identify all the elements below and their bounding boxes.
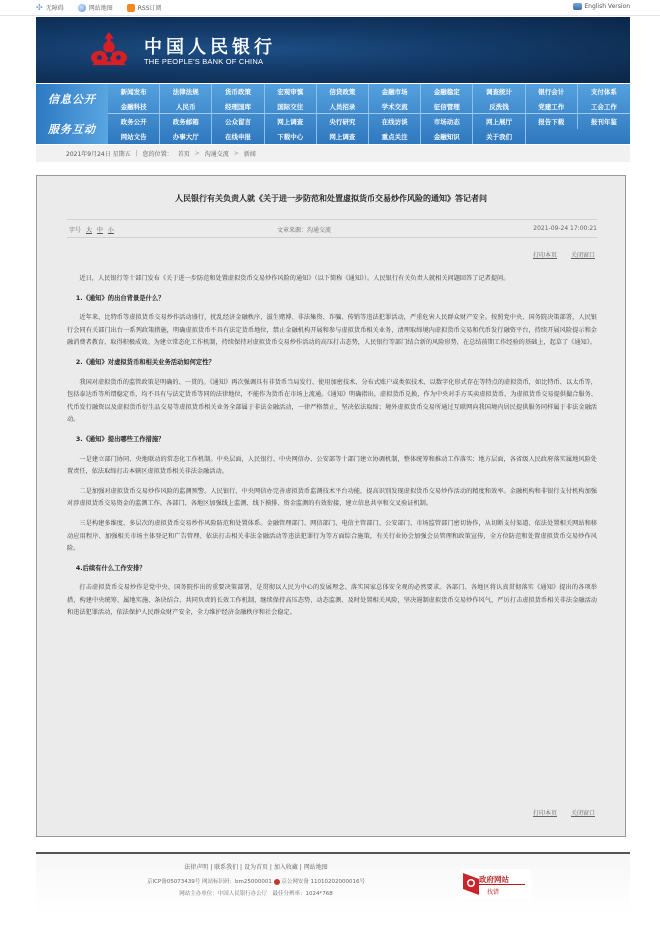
nav-item[interactable]: 新闻发布 <box>108 84 160 99</box>
footer-link-sitemap[interactable]: 网站地图 <box>304 864 328 871</box>
divider: | <box>136 150 138 157</box>
nav-item[interactable]: 公众留言 <box>212 114 264 129</box>
location-label: 您的位置： <box>143 149 173 158</box>
nav-item[interactable]: 学术交流 <box>369 99 421 114</box>
magnifier-icon <box>463 873 479 895</box>
breadcrumb-communication[interactable]: 沟通交流 <box>205 149 229 158</box>
footer-link-contact[interactable]: 联系我们 <box>214 864 238 871</box>
police-record: 京公网安备 11010202000016号 <box>281 879 365 885</box>
article-source: 文章来源：沟通交流 <box>277 225 331 234</box>
host-unit: 网站主办单位：中国人民银行办公厅 <box>179 891 267 897</box>
nav-item[interactable]: 关于我们 <box>473 129 525 144</box>
footer-link-set-home[interactable]: 设为首页 <box>244 864 268 871</box>
article-panel: 人民银行有关负责人就《关于进一步防范和处置虚拟货币交易炒作风险的通知》答记者问 … <box>36 175 626 837</box>
accessibility-link[interactable]: ✣ 无障碍 <box>36 3 64 12</box>
nav-item[interactable]: 工会工作 <box>578 99 630 114</box>
nav-item[interactable]: 法律法规 <box>160 84 212 99</box>
nav-item[interactable]: 网上展厅 <box>473 114 525 129</box>
english-version-label: English Version <box>584 3 630 10</box>
nav-item[interactable]: 报告下载 <box>526 114 578 129</box>
footer-host-info: 网站主办单位：中国人民银行办公厅 最佳分辨率：1024*768 <box>36 889 476 897</box>
close-window-link[interactable]: 关闭窗口 <box>571 250 595 259</box>
sitemap-icon <box>78 4 86 12</box>
nav-section-info-disclosure: 信息公开 <box>36 84 108 115</box>
english-version-link[interactable]: English Version <box>573 3 630 10</box>
nav-item[interactable]: 在线申报 <box>212 129 264 144</box>
font-size-label: 字号 <box>69 227 81 234</box>
article-actions-bottom: 打印本页 关闭窗口 <box>533 808 595 817</box>
nav-item-empty <box>578 129 630 144</box>
bank-name-en: THE PEOPLE'S BANK OF CHINA <box>144 57 263 66</box>
article-title: 人民银行有关负责人就《关于进一步防范和处置虚拟货币交易炒作风险的通知》答记者问 <box>37 193 625 204</box>
breadcrumb-home[interactable]: 首页 <box>178 149 190 158</box>
nav-item[interactable]: 货币政策 <box>212 84 264 99</box>
gov-badge-underline <box>479 884 525 885</box>
answer-paragraph: 近年来，比特币等虚拟货币交易炒作活动盛行，扰乱经济金融秩序，滋生赌博、非法集资、… <box>67 312 597 350</box>
pboc-logo-icon <box>90 31 128 67</box>
nav-item[interactable]: 党建工作 <box>526 99 578 114</box>
nav-item[interactable]: 宏观审慎 <box>265 84 317 99</box>
article-body: 近日，人民银行等十部门发布《关于进一步防范和处置虚拟货币交易炒作风险的通知》（以… <box>67 273 597 627</box>
font-size-small[interactable]: 小 <box>108 227 114 234</box>
nav-item[interactable]: 经理国库 <box>212 99 264 114</box>
footer-registration: 京ICP备05073439号 网站标识码：bm25000001 京公网安备 11… <box>36 877 476 885</box>
top-utility-bar: ✣ 无障碍 网站地图 RSS订阅 English Version <box>0 0 660 16</box>
nav-item[interactable]: 金融知识 <box>421 129 473 144</box>
footer-links: 法律声明 | 联系我们 | 设为首页 | 加入收藏 | 网站地图 <box>36 862 476 871</box>
breadcrumb-separator: > <box>234 150 239 157</box>
nav-item[interactable]: 网上调查 <box>317 129 369 144</box>
print-link[interactable]: 打印本页 <box>533 808 557 817</box>
answer-paragraph: 打击虚拟货币交易炒作是党中央、国务院作出的重要决策部署，是贯彻以人民为中心的发展… <box>67 582 597 620</box>
nav-item[interactable]: 下载中心 <box>265 129 317 144</box>
intro-paragraph: 近日，人民银行等十部门发布《关于进一步防范和处置虚拟货币交易炒作风险的通知》（以… <box>67 273 597 286</box>
answer-paragraph: 一是建立部门协同、央地联动的常态化工作机制。中央层面，人民银行、中央网信办、公安… <box>67 454 597 479</box>
accessibility-icon: ✣ <box>36 4 43 12</box>
nav-item[interactable]: 反洗钱 <box>473 99 525 114</box>
rss-label: RSS订阅 <box>138 3 162 12</box>
article-datetime: 2021-09-24 17:00:21 <box>533 225 597 232</box>
question-heading: 2.《通知》对虚拟货币和相关业务活动如何定性？ <box>67 357 597 370</box>
nav-item[interactable]: 调查统计 <box>473 84 525 99</box>
footer-link-legal[interactable]: 法律声明 <box>184 864 208 871</box>
accessibility-label: 无障碍 <box>46 3 64 12</box>
current-date: 2021年9月24日 星期五 <box>66 149 131 158</box>
site-id: 网站标识码：bm25000001 <box>202 879 272 885</box>
nav-grid: 新闻发布 法律法规 货币政策 宏观审慎 信贷政策 金融市场 金融稳定 调查统计 … <box>108 84 630 144</box>
answer-paragraph: 二是加强对虚拟货币交易炒作风险的监测预警。人民银行、中央网信办完善虚拟货币监测技… <box>67 486 597 511</box>
article-meta: 字号 大 中 小 文章来源：沟通交流 2021-09-24 17:00:21 <box>67 219 597 238</box>
nav-item[interactable]: 国际交往 <box>265 99 317 114</box>
nav-item[interactable]: 银行会计 <box>526 84 578 99</box>
nav-item[interactable]: 市场动态 <box>421 114 473 129</box>
nav-item[interactable]: 网上调查 <box>265 114 317 129</box>
font-size-large[interactable]: 大 <box>86 227 92 234</box>
sitemap-link[interactable]: 网站地图 <box>78 3 113 12</box>
nav-item[interactable]: 央行研究 <box>317 114 369 129</box>
close-window-link[interactable]: 关闭窗口 <box>571 808 595 817</box>
nav-item[interactable]: 在线访谈 <box>369 114 421 129</box>
print-link[interactable]: 打印本页 <box>533 250 557 259</box>
breadcrumb-separator: > <box>195 150 200 157</box>
question-heading: 3.《通知》提出哪些工作措施？ <box>67 434 597 447</box>
nav-item[interactable]: 人民币 <box>160 99 212 114</box>
flag-icon <box>573 3 582 10</box>
font-size-medium[interactable]: 中 <box>97 227 103 234</box>
nav-item[interactable]: 重点关注 <box>369 129 421 144</box>
nav-item[interactable]: 信贷政策 <box>317 84 369 99</box>
nav-item[interactable]: 人员招录 <box>317 99 369 114</box>
answer-paragraph: 我国对虚拟货币的监管政策是明确的、一贯的。《通知》再次强调具有非货币当局发行、使… <box>67 377 597 427</box>
nav-item[interactable]: 政务公开 <box>108 114 160 129</box>
gov-badge-subtitle: 找错 <box>487 887 499 896</box>
footer-link-bookmark[interactable]: 加入收藏 <box>274 864 298 871</box>
sitemap-label: 网站地图 <box>89 3 113 12</box>
breadcrumb-news[interactable]: 新闻 <box>244 149 256 158</box>
breadcrumb: 2021年9月24日 星期五 | 您的位置： 首页 > 沟通交流 > 新闻 <box>36 145 630 162</box>
police-badge-icon <box>274 879 280 885</box>
question-heading: 1.《通知》的出台背景是什么？ <box>67 293 597 306</box>
bank-name-cn: 中国人民银行 <box>144 33 276 59</box>
nav-item[interactable]: 政务邮箱 <box>160 114 212 129</box>
nav-item[interactable]: 征信管理 <box>421 99 473 114</box>
nav-item[interactable]: 办事大厅 <box>160 129 212 144</box>
main-navigation: 信息公开 服务互动 新闻发布 法律法规 货币政策 宏观审慎 信贷政策 金融市场 … <box>36 84 630 144</box>
answer-paragraph: 三是构建多维度、多层次的虚拟货币交易炒作风险防范和处置体系。金融管理部门、网信部… <box>67 518 597 556</box>
article-actions-top: 打印本页 关闭窗口 <box>533 250 595 259</box>
nav-item[interactable]: 支付体系 <box>578 84 630 99</box>
font-size-controls: 字号 大 中 小 <box>69 225 114 234</box>
rss-link[interactable]: RSS订阅 <box>127 3 162 12</box>
nav-section-service-interaction: 服务互动 <box>36 114 108 144</box>
icp-number: 京ICP备05073439号 <box>147 879 200 885</box>
nav-item[interactable]: 报刊年鉴 <box>578 114 630 129</box>
nav-item-empty <box>526 129 578 144</box>
question-heading: 4.后续有什么工作安排？ <box>67 563 597 576</box>
gov-website-error-report-badge[interactable]: 政府网站 找错 <box>461 869 531 899</box>
site-banner: 中国人民银行 THE PEOPLE'S BANK OF CHINA <box>36 17 630 83</box>
best-resolution: 最佳分辨率：1024*768 <box>273 891 333 897</box>
nav-item[interactable]: 金融市场 <box>369 84 421 99</box>
nav-item[interactable]: 金融科技 <box>108 99 160 114</box>
rss-icon <box>127 4 135 12</box>
site-footer: 法律声明 | 联系我们 | 设为首页 | 加入收藏 | 网站地图 京ICP备05… <box>36 852 630 914</box>
nav-item[interactable]: 金融稳定 <box>421 84 473 99</box>
nav-item[interactable]: 网站文告 <box>108 129 160 144</box>
